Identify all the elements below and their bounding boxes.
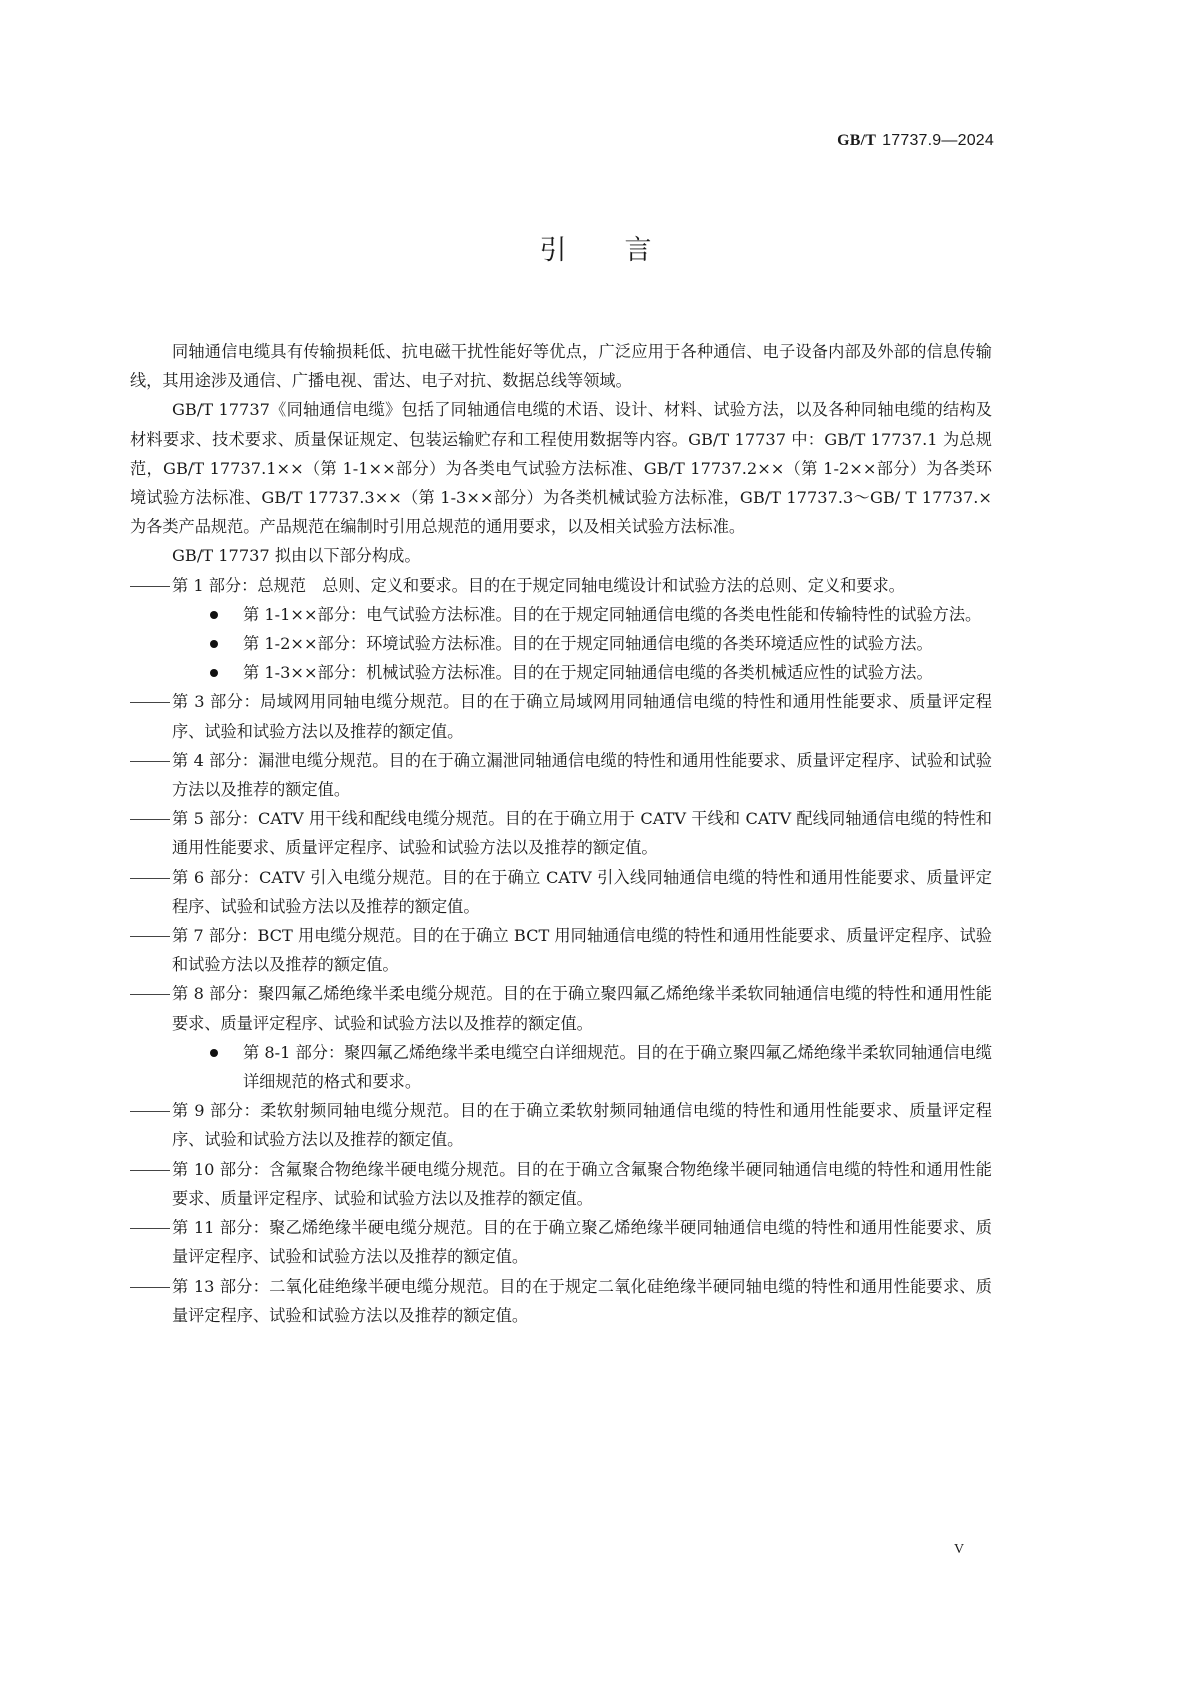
bullet-icon xyxy=(210,611,218,619)
part-item-4: 第 4 部分：漏泄电缆分规范。目的在于确立漏泄同轴通信电缆的特性和通用性能要求、… xyxy=(130,746,992,804)
page-number: V xyxy=(954,1542,964,1558)
part-item-11: 第 11 部分：聚乙烯绝缘半硬电缆分规范。目的在于确立聚乙烯绝缘半硬同轴通信电缆… xyxy=(130,1213,992,1271)
standard-code: 17737.9—2024 xyxy=(882,132,994,149)
paragraph-structure: GB/T 17737《同轴通信电缆》包括了同轴通信电缆的术语、设计、材料、试验方… xyxy=(130,395,992,541)
standard-prefix: GB/T xyxy=(837,132,876,149)
part-item-6: 第 6 部分：CATV 引入电缆分规范。目的在于确立 CATV 引入线同轴通信电… xyxy=(130,863,992,921)
part-item-3: 第 3 部分：局域网用同轴电缆分规范。目的在于确立局域网用同轴通信电缆的特性和通… xyxy=(130,687,992,745)
bullet-icon xyxy=(210,640,218,648)
subpart-item-1-1: 第 1-1××部分：电气试验方法标准。目的在于规定同轴通信电缆的各类电性能和传输… xyxy=(130,600,992,629)
bullet-icon xyxy=(210,669,218,677)
paragraph-intro: 同轴通信电缆具有传输损耗低、抗电磁干扰性能好等优点，广泛应用于各种通信、电子设备… xyxy=(130,337,992,395)
subpart-item-1-3: 第 1-3××部分：机械试验方法标准。目的在于规定同轴通信电缆的各类机械适应性的… xyxy=(130,658,992,687)
bullet-icon xyxy=(210,1049,218,1057)
page-title: 引言 xyxy=(0,228,1191,267)
part-item-7: 第 7 部分：BCT 用电缆分规范。目的在于确立 BCT 用同轴通信电缆的特性和… xyxy=(130,921,992,979)
part-item-10: 第 10 部分：含氟聚合物绝缘半硬电缆分规范。目的在于确立含氟聚合物绝缘半硬同轴… xyxy=(130,1155,992,1213)
title-char-2: 言 xyxy=(625,228,652,267)
part-item-1: 第 1 部分：总规范 总则、定义和要求。目的在于规定同轴电缆设计和试验方法的总则… xyxy=(130,571,992,600)
subpart-item-1-2: 第 1-2××部分：环境试验方法标准。目的在于规定同轴通信电缆的各类环境适应性的… xyxy=(130,629,992,658)
part-item-8: 第 8 部分：聚四氟乙烯绝缘半柔电缆分规范。目的在于确立聚四氟乙烯绝缘半柔软同轴… xyxy=(130,979,992,1037)
standard-number: GB/T17737.9—2024 xyxy=(837,132,994,150)
part-item-5: 第 5 部分：CATV 用干线和配线电缆分规范。目的在于确立用于 CATV 干线… xyxy=(130,804,992,862)
title-char-1: 引 xyxy=(540,228,567,267)
paragraph-parts-lead: GB/T 17737 拟由以下部分构成。 xyxy=(130,541,992,570)
subpart-item-8-1: 第 8-1 部分：聚四氟乙烯绝缘半柔电缆空白详细规范。目的在于确立聚四氟乙烯绝缘… xyxy=(130,1038,992,1096)
document-body: 同轴通信电缆具有传输损耗低、抗电磁干扰性能好等优点，广泛应用于各种通信、电子设备… xyxy=(130,337,992,1330)
part-item-13: 第 13 部分：二氧化硅绝缘半硬电缆分规范。目的在于规定二氧化硅绝缘半硬同轴电缆… xyxy=(130,1272,992,1330)
part-item-9: 第 9 部分：柔软射频同轴电缆分规范。目的在于确立柔软射频同轴通信电缆的特性和通… xyxy=(130,1096,992,1154)
